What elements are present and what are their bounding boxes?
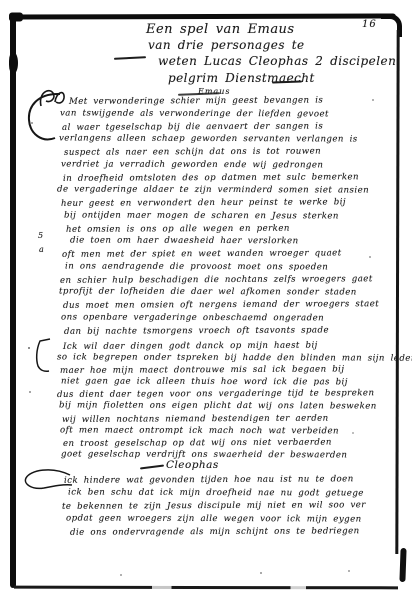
manuscript-line: van tswijgende als verwonderinge der lie… [60,108,379,122]
manuscript-line: opdat geen wroegers zijn alle wegen voor… [66,513,366,527]
manuscript-line: verdriet ja verradich geworden ende wij … [61,159,379,173]
frame-border-top [12,13,396,19]
title-line: weten Lucas Cleophas 2 discipelen [158,54,396,70]
manuscript-line: Met verwonderinge schier mijn geest beva… [69,95,379,109]
scan-speckles [0,0,2,2]
manuscript-scan-page: 16 Een spel van Emaus van drie personage… [0,0,412,600]
manuscript-line: suspect als naer een schijn dat ons is t… [64,146,379,160]
manuscript-line: in ons aendragende die provoost moet ons… [65,261,379,275]
manuscript-line: dan bij nachte tsmorgens vroech oft tsav… [64,325,379,339]
speech-block-3: ick hindere wat gevonden tijden hoe nau … [64,475,366,539]
bracket-flourish-icon [34,336,52,374]
speaker-heading: Cleophas [166,459,219,471]
pen-flourish-dash [140,465,164,470]
manuscript-line: oft men met der spiet en weet wanden wro… [62,248,379,262]
manuscript-line: ick hindere wat gevonden tijden hoe nau … [64,474,366,488]
manuscript-line: goet geselschap verdrijft ons swaerheid … [61,449,412,462]
title-block: Een spel van Emaus van drie personages t… [140,22,396,99]
speech-block-2: Ick wil daer dingen godt danck op mijn h… [55,341,412,462]
ink-blot [399,548,406,582]
manuscript-line: te bekennen te zijn Jesus discipule mij … [62,500,366,514]
manuscript-line: bij mijn fioletten ons eigen plicht dat … [59,401,412,414]
title-line: pelgrim Dienstmaecht [168,71,396,87]
frame-border-right [395,30,399,554]
manuscript-line: dus moet men omsien oft nergens iemand d… [63,299,379,313]
manuscript-line: die ons ondervragende als mijn schijnt o… [70,526,366,540]
manuscript-line: oft men maect ontrompt ick mach noch wat… [60,425,412,438]
manuscript-line: bij ontijden maer mogen de scharen en Je… [64,210,379,224]
margin-mark: 5 [38,231,44,240]
frame-border-left [10,14,16,588]
speech-block-1: Met verwonderinge schier mijn geest beva… [57,96,379,338]
manuscript-line: wij willen nochtans niemand bestendigen … [62,413,412,427]
margin-mark: a [39,245,44,254]
manuscript-line: ick ben schu dat ick mijn droefheid nae … [68,487,366,501]
title-line: Een spel van Emaus [146,22,396,38]
manuscript-line: heur geest en verwondert den heur peinst… [61,197,379,211]
frame-border-bottom [14,586,398,589]
manuscript-line: ons openbare vergaderinge onbeschaemd on… [61,312,379,326]
title-line: van drie personages te [148,38,396,54]
